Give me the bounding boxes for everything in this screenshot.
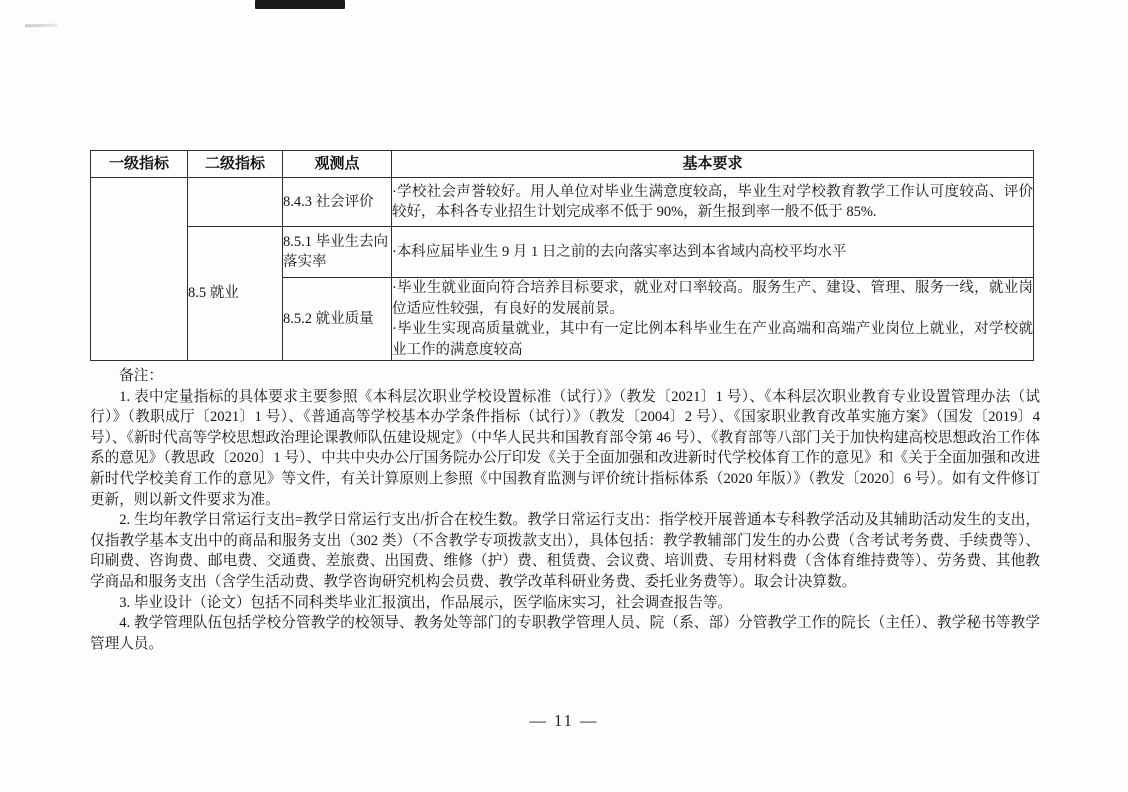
header-secondary-indicator: 二级指标 [188, 151, 283, 178]
notes-section: 备注： 1. 表中定量指标的具体要求主要参照《本科层次职业学校设置标准（试行）》… [90, 366, 1040, 654]
requirement-cell: ·学校社会声誉较好。用人单位对毕业生满意度较高，毕业生对学校教育教学工作认可度较… [392, 178, 1034, 227]
requirement-bullet: ·本科应届毕业生 9 月 1 日之前的去向落实率达到本省域内高校平均水平 [392, 242, 1033, 263]
notes-title: 备注： [90, 366, 1040, 387]
table-row: 8.4.3 社会评价 ·学校社会声誉较好。用人单位对毕业生满意度较高，毕业生对学… [91, 178, 1034, 227]
page-number: — 11 — [0, 711, 1128, 731]
scan-artifact-bar [255, 0, 345, 9]
table-row: 8.5 就业 8.5.1 毕业生去向落实率 ·本科应届毕业生 9 月 1 日之前… [91, 227, 1034, 278]
observation-point-cell: 8.5.2 就业质量 [283, 278, 392, 361]
requirement-bullet: ·毕业生就业面向符合培养目标要求，就业对口率较高。服务生产、建设、管理、服务一线… [392, 278, 1033, 319]
note-item-4: 4. 教学管理队伍包括学校分管教学的校领导、教务处等部门的专职教学管理人员、院（… [90, 613, 1040, 654]
note-item-3: 3. 毕业设计（论文）包括不同科类毕业汇报演出，作品展示，医学临床实习，社会调查… [90, 593, 1040, 614]
requirement-cell: ·毕业生就业面向符合培养目标要求，就业对口率较高。服务生产、建设、管理、服务一线… [392, 278, 1034, 361]
indicator-table: 一级指标 二级指标 观测点 基本要求 8.4.3 社会评价 ·学校社会声誉较好。… [90, 150, 1034, 361]
observation-point-cell: 8.5.1 毕业生去向落实率 [283, 227, 392, 278]
secondary-indicator-empty-cell [188, 178, 283, 227]
scanned-document-page: { "page": { "number": "— 11 —" }, "table… [0, 0, 1128, 792]
header-observation-point: 观测点 [283, 151, 392, 178]
header-primary-indicator: 一级指标 [91, 151, 188, 178]
header-basic-requirement: 基本要求 [392, 151, 1034, 178]
observation-point-cell: 8.4.3 社会评价 [283, 178, 392, 227]
note-item-2: 2. 生均年教学日常运行支出=教学日常运行支出/折合在校生数。教学日常运行支出：… [90, 510, 1040, 592]
requirement-bullet: ·毕业生实现高质量就业，其中有一定比例本科毕业生在产业高端和高端产业岗位上就业，… [392, 319, 1033, 360]
note-item-1: 1. 表中定量指标的具体要求主要参照《本科层次职业学校设置标准（试行）》（教发〔… [90, 387, 1040, 511]
table-header-row: 一级指标 二级指标 观测点 基本要求 [91, 151, 1034, 178]
pencil-mark-artifact [25, 24, 57, 28]
primary-indicator-cell [91, 178, 188, 361]
requirement-bullet: ·学校社会声誉较好。用人单位对毕业生满意度较高，毕业生对学校教育教学工作认可度较… [392, 182, 1033, 223]
requirement-cell: ·本科应届毕业生 9 月 1 日之前的去向落实率达到本省域内高校平均水平 [392, 227, 1034, 278]
secondary-indicator-cell: 8.5 就业 [188, 227, 283, 361]
